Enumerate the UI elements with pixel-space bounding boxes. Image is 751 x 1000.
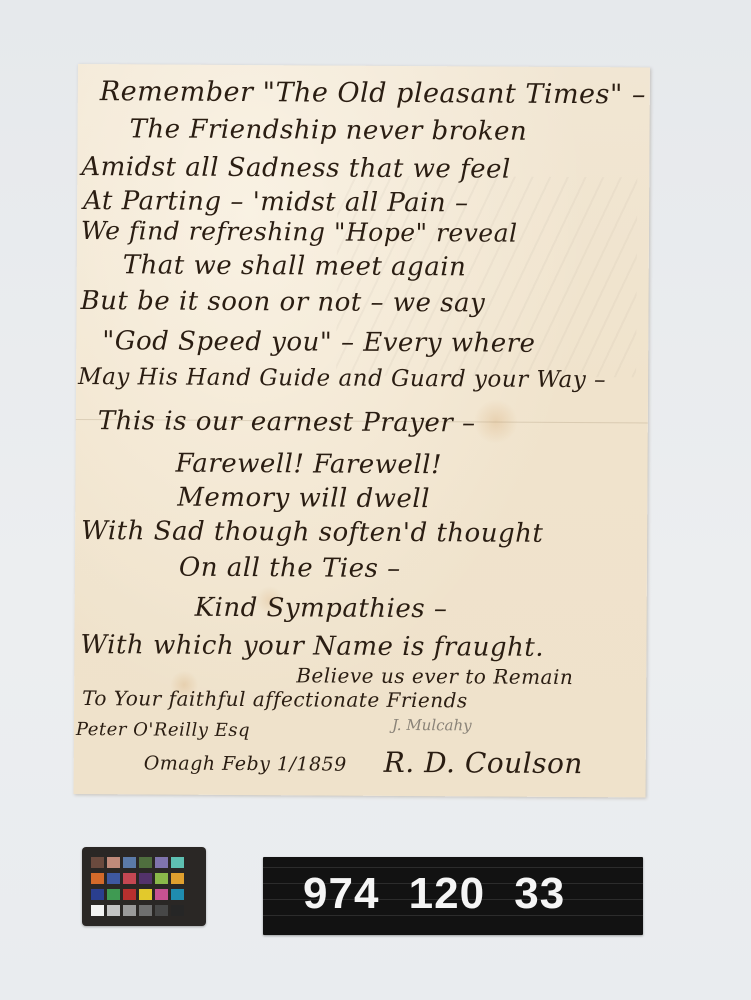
color-patch bbox=[155, 873, 168, 884]
color-patch bbox=[171, 857, 184, 868]
letter-line-11: Farewell! Farewell! bbox=[175, 449, 442, 481]
letter-page: Remember "The Old pleasant Times" – The … bbox=[74, 64, 650, 797]
letter-line-13: With Sad though soften'd thought bbox=[81, 516, 543, 549]
color-patch bbox=[139, 857, 152, 868]
addressee: Peter O'Reilly Esq bbox=[76, 719, 250, 741]
letter-line-7: But be it soon or not – we say bbox=[80, 286, 485, 318]
color-patch bbox=[91, 857, 104, 868]
letter-line-1: Remember "The Old pleasant Times" – bbox=[100, 76, 646, 110]
letter-line-10: This is our earnest Prayer – bbox=[98, 406, 476, 438]
color-patch bbox=[171, 889, 184, 900]
strip-groove bbox=[263, 867, 643, 868]
color-patch bbox=[123, 889, 136, 900]
letter-line-18: To Your faithful affectionate Friends bbox=[82, 686, 468, 712]
letter-line-5: We find refreshing "Hope" reveal bbox=[81, 216, 518, 248]
color-patch bbox=[139, 889, 152, 900]
color-patch bbox=[123, 873, 136, 884]
color-patch bbox=[107, 905, 120, 916]
accession-number-strip: 974 120 33 bbox=[263, 857, 643, 935]
letter-line-3: Amidst all Sadness that we feel bbox=[81, 152, 511, 185]
color-patch bbox=[91, 873, 104, 884]
color-patch bbox=[91, 889, 104, 900]
color-patch bbox=[107, 889, 120, 900]
color-patch bbox=[171, 873, 184, 884]
color-patch bbox=[155, 905, 168, 916]
color-patch bbox=[107, 873, 120, 884]
color-patch bbox=[155, 857, 168, 868]
letter-line-4: At Parting – 'midst all Pain – bbox=[83, 186, 469, 218]
color-patch bbox=[171, 905, 184, 916]
color-checker-card bbox=[82, 847, 206, 926]
color-patches bbox=[91, 857, 184, 916]
color-patch bbox=[139, 873, 152, 884]
color-patch bbox=[155, 889, 168, 900]
place-date: Omagh Feby 1/1859 bbox=[144, 752, 347, 775]
accession-number: 974 120 33 bbox=[303, 869, 643, 919]
color-patch bbox=[123, 905, 136, 916]
letter-line-17: Believe us ever to Remain bbox=[296, 663, 573, 689]
letter-line-16: With which your Name is fraught. bbox=[80, 630, 544, 663]
color-patch bbox=[91, 905, 104, 916]
letter-line-12: Memory will dwell bbox=[177, 483, 430, 515]
letter-line-14: On all the Ties – bbox=[179, 553, 401, 584]
signature: R. D. Coulson bbox=[384, 746, 583, 780]
letter-line-15: Kind Sympathies – bbox=[195, 593, 448, 625]
pencil-signature: J. Mulcahy bbox=[392, 716, 472, 734]
letter-line-8: "God Speed you" – Every where bbox=[102, 326, 535, 359]
color-patch bbox=[139, 905, 152, 916]
color-patch bbox=[107, 857, 120, 868]
letter-line-9: May His Hand Guide and Guard your Way – bbox=[78, 364, 606, 393]
letter-line-6: That we shall meet again bbox=[123, 250, 467, 282]
letter-line-2: The Friendship never broken bbox=[130, 114, 528, 146]
color-patch bbox=[123, 857, 136, 868]
